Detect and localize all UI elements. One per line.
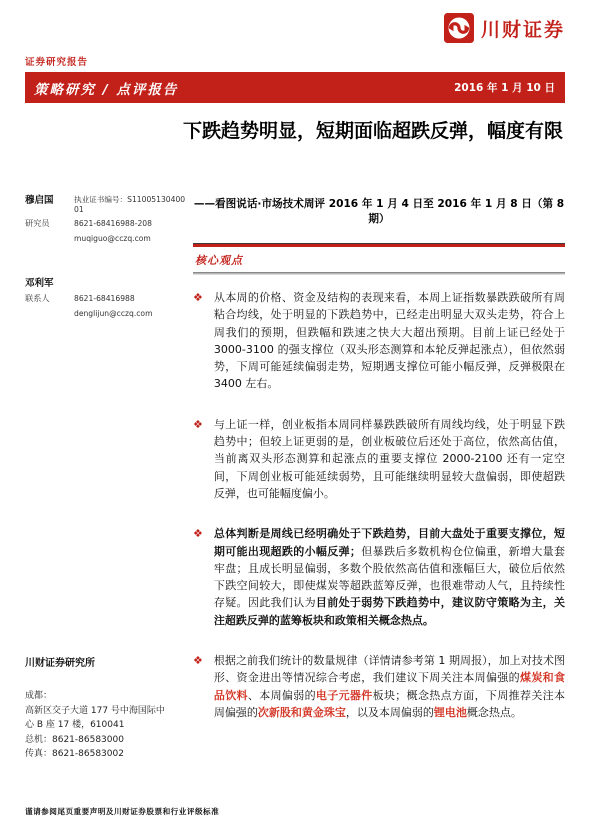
institute-city: 成都： — [25, 689, 193, 704]
bullet-item: ❖总体判断是周线已经明确处于下跌趋势，目前大盘处于重要支撑位，短期可能出现超跌的… — [193, 525, 565, 629]
author-cert: 执业证书编号：S1100513040001 — [74, 192, 187, 214]
diamond-bullet-icon: ❖ — [193, 652, 203, 721]
author-block-2: 邓利军 联系人 8621-68416988 denglijun@cczq.com — [25, 275, 187, 318]
report-category: 策略研究 / 点评报告 — [34, 78, 178, 98]
bullet-text: 从本周的价格、资金及结构的表现来看，本周上证指数暴跌跌破所有周粘合均线，处于明显… — [214, 289, 565, 393]
core-views-list: ❖从本周的价格、资金及结构的表现来看，本周上证指数暴跌跌破所有周粘合均线，处于明… — [193, 289, 565, 721]
bullet-item: ❖与上证一样，创业板指本周同样暴跌跌破所有周线均线，处于明显下跌趋势中；但较上证… — [193, 416, 565, 502]
author-block-1: 穆启国 执业证书编号：S1100513040001 研究员 8621-68416… — [25, 192, 187, 243]
diamond-bullet-icon: ❖ — [193, 525, 203, 629]
bullet-text: 与上证一样，创业板指本周同样暴跌跌破所有周线均线，处于明显下跌趋势中；但较上证更… — [214, 416, 565, 502]
authors-sidebar: 穆启国 执业证书编号：S1100513040001 研究员 8621-68416… — [25, 192, 187, 318]
diamond-bullet-icon: ❖ — [193, 416, 203, 502]
institute-address-1: 高新区交子大道 177 号中海国际中 — [25, 704, 193, 719]
report-page: 川财证券 证券研究报告 策略研究 / 点评报告 2016 年 1 月 10 日 … — [0, 0, 590, 837]
report-title: 下跌趋势明显，短期面临超跌反弹，幅度有限 — [178, 116, 568, 147]
institute-fax: 传真：8621-86583002 — [25, 747, 193, 762]
institute-phone: 总机：8621-86583000 — [25, 733, 193, 748]
author-name: 邓利军 — [25, 275, 70, 289]
institute-address-2: 心 B 座 17 楼，610041 — [25, 718, 193, 733]
bullet-text: 根据之前我们统计的数量规律（详情请参考第 1 期周报），加上对技术图形、资金进出… — [214, 652, 565, 721]
diamond-bullet-icon: ❖ — [193, 289, 203, 393]
main-content: ——看图说话·市场技术周评 2016 年 1 月 4 日至 2016 年 1 月… — [193, 196, 565, 721]
institute-block: 川财证券研究所 成都： 高新区交子大道 177 号中海国际中 心 B 座 17 … — [25, 654, 193, 762]
logo-text: 川财证券 — [481, 15, 565, 42]
author-role: 研究员 — [25, 217, 70, 229]
author-phone: 8621-68416988 — [74, 292, 187, 304]
author-email: muqiguo@cczq.com — [74, 232, 187, 243]
author-phone: 8621-68416988-208 — [74, 217, 187, 229]
core-views-heading: 核心观点 — [193, 247, 565, 272]
bullet-text: 总体判断是周线已经明确处于下跌趋势，目前大盘处于重要支撑位，短期可能出现超跌的小… — [214, 525, 565, 629]
gray-rule — [193, 272, 565, 275]
author-role: 联系人 — [25, 292, 70, 304]
author-name: 穆启国 — [25, 192, 70, 214]
bullet-item: ❖从本周的价格、资金及结构的表现来看，本周上证指数暴跌跌破所有周粘合均线，处于明… — [193, 289, 565, 393]
institute-name: 川财证券研究所 — [25, 654, 193, 669]
company-logo: 川财证券 — [444, 13, 565, 43]
author-email: denglijun@cczq.com — [74, 307, 187, 318]
report-date: 2016 年 1 月 10 日 — [454, 80, 555, 95]
report-subtitle: ——看图说话·市场技术周评 2016 年 1 月 4 日至 2016 年 1 月… — [193, 196, 565, 226]
report-type-label: 证券研究报告 — [25, 54, 88, 68]
footer-disclaimer: 谨请参阅尾页重要声明及川财证券股票和行业评级标准 — [25, 806, 219, 817]
bullet-item: ❖根据之前我们统计的数量规律（详情请参考第 1 期周报），加上对技术图形、资金进… — [193, 652, 565, 721]
category-banner: 策略研究 / 点评报告 2016 年 1 月 10 日 — [25, 72, 565, 103]
core-views-box: 核心观点 — [193, 243, 565, 275]
cczq-logo-icon — [444, 13, 474, 43]
